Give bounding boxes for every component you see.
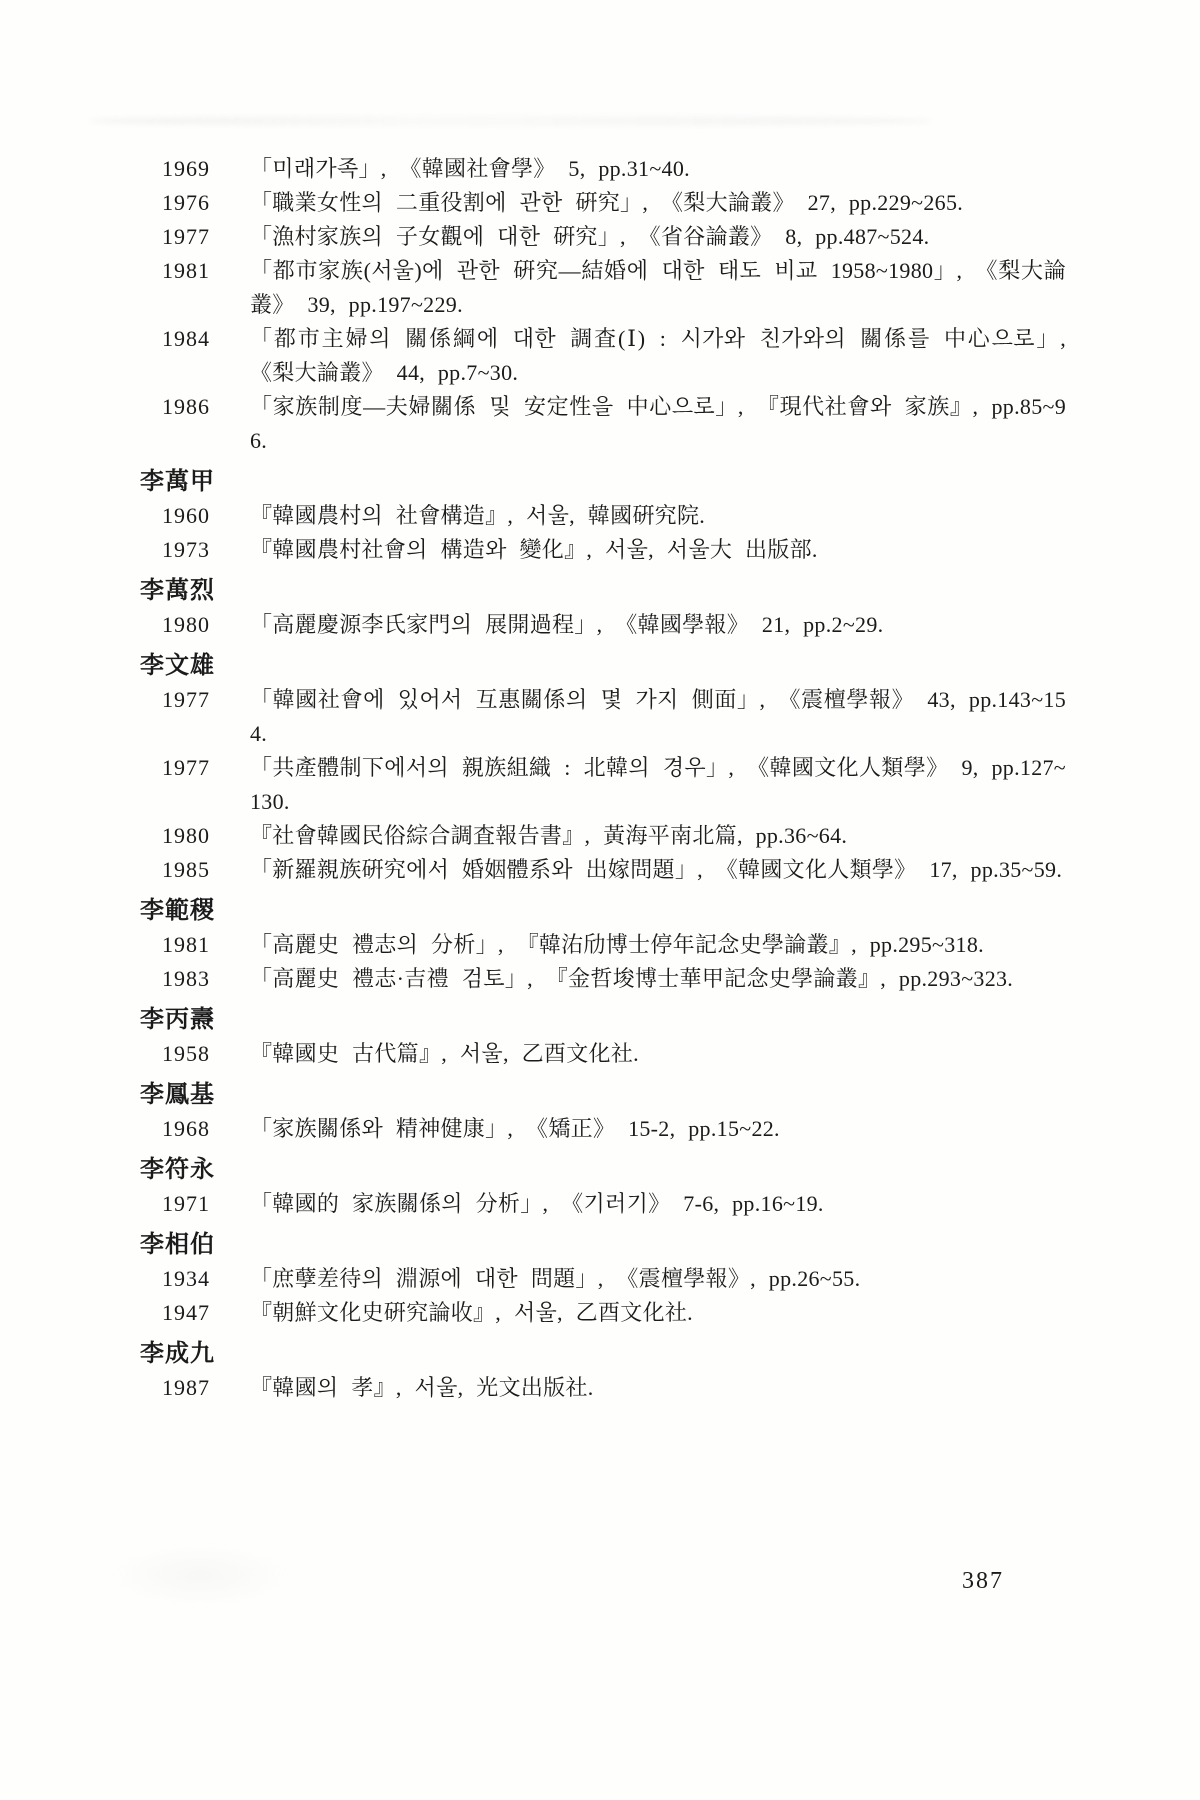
entry-year: 1977 (162, 751, 250, 819)
entry-year: 1947 (162, 1296, 250, 1330)
bibliography-entry: 1981 「都市家族(서울)에 관한 硏究—結婚에 대한 태도 비교 1958~… (162, 254, 1200, 322)
entry-citation-text: 『韓國農村의 社會構造』, 서울, 韓國硏究院. (250, 499, 1066, 533)
entry-citation-text: 『韓國農村社會의 構造와 變化』, 서울, 서울大 出版部. (250, 533, 1066, 567)
bibliography-author-heading: 李文雄 (140, 642, 1200, 683)
entry-year: 1934 (162, 1262, 250, 1296)
entry-year: 1981 (162, 928, 250, 962)
bibliography-entry: 1969 「미래가족」, 《韓國社會學》 5, pp.31~40. (162, 152, 1200, 186)
entry-citation-text: 「高麗慶源李氏家門의 展開過程」, 《韓國學報》 21, pp.2~29. (250, 608, 1066, 642)
bibliography-author-heading: 李鳳基 (140, 1071, 1200, 1112)
entry-citation-text: 『韓國史 古代篇』, 서울, 乙酉文化社. (250, 1037, 1066, 1071)
entry-year: 1980 (162, 608, 250, 642)
bibliography-list: 1969 「미래가족」, 《韓國社會學》 5, pp.31~40. 1976 「… (0, 152, 1200, 1405)
bibliography-entry: 1971 「韓國的 家族關係의 分析」, 《기러기》 7-6, pp.16~19… (162, 1187, 1200, 1221)
bibliography-entry: 1984 「都市主婦의 關係綱에 대한 調査(Ⅰ) : 시가와 친가와의 關係를… (162, 322, 1200, 390)
bibliography-author-heading: 李萬甲 (140, 458, 1200, 499)
entry-citation-text: 「庶孽差待의 淵源에 대한 問題」, 《震檀學報》, pp.26~55. (250, 1262, 1066, 1296)
bibliography-entry: 1985 「新羅親族硏究에서 婚姻體系와 出嫁問題」, 《韓國文化人類學》 17… (162, 853, 1200, 887)
entry-year: 1985 (162, 853, 250, 887)
entry-citation-text: 「共產體制下에서의 親族組織 : 北韓의 경우」, 《韓國文化人類學》 9, p… (250, 751, 1066, 819)
bibliography-author-heading: 李範稷 (140, 887, 1200, 928)
entry-year: 1971 (162, 1187, 250, 1221)
page-number: 387 (962, 1568, 1004, 1595)
entry-citation-text: 「韓國的 家族關係의 分析」, 《기러기》 7-6, pp.16~19. (250, 1187, 1066, 1221)
bibliography-entry: 1977 「漁村家族의 子女觀에 대한 硏究」, 《省谷論叢》 8, pp.48… (162, 220, 1200, 254)
bibliography-entry: 1976 「職業女性의 二重役割에 관한 硏究」, 《梨大論叢》 27, pp.… (162, 186, 1200, 220)
bibliography-entry: 1960 『韓國農村의 社會構造』, 서울, 韓國硏究院. (162, 499, 1200, 533)
entry-citation-text: 「都市家族(서울)에 관한 硏究—結婚에 대한 태도 비교 1958~1980」… (250, 254, 1066, 322)
bibliography-entry: 1934 「庶孽差待의 淵源에 대한 問題」, 《震檀學報》, pp.26~55… (162, 1262, 1200, 1296)
entry-citation-text: 「職業女性의 二重役割에 관한 硏究」, 《梨大論叢》 27, pp.229~2… (250, 186, 1066, 220)
entry-year: 1987 (162, 1371, 250, 1405)
entry-year: 1969 (162, 152, 250, 186)
entry-citation-text: 『朝鮮文化史硏究論收』, 서울, 乙酉文化社. (250, 1296, 1066, 1330)
entry-year: 1986 (162, 390, 250, 458)
bibliography-entry: 1981 「高麗史 禮志의 分析」, 『韓㳓劤博士停年記念史學論叢』, pp.2… (162, 928, 1200, 962)
entry-year: 1976 (162, 186, 250, 220)
bibliography-entry: 1958 『韓國史 古代篇』, 서울, 乙酉文化社. (162, 1037, 1200, 1071)
bibliography-author-heading: 李萬烈 (140, 567, 1200, 608)
bibliography-entry: 1980 「高麗慶源李氏家門의 展開過程」, 《韓國學報》 21, pp.2~2… (162, 608, 1200, 642)
scan-artifact-bottom-smudge (110, 1545, 290, 1605)
scanned-book-page: 1969 「미래가족」, 《韓國社會學》 5, pp.31~40. 1976 「… (0, 0, 1200, 1800)
bibliography-entry: 1986 「家族制度—夫婦關係 및 安定性을 中心으로」, 『現代社會와 家族』… (162, 390, 1200, 458)
entry-year: 1977 (162, 683, 250, 751)
bibliography-entry: 1977 「韓國社會에 있어서 互惠關係의 몇 가지 側面」, 《震檀學報》 4… (162, 683, 1200, 751)
entry-citation-text: 「家族制度—夫婦關係 및 安定性을 中心으로」, 『現代社會와 家族』, pp.… (250, 390, 1066, 458)
entry-citation-text: 「家族關係와 精神健康」, 《矯正》 15-2, pp.15~22. (250, 1112, 1066, 1146)
entry-year: 1984 (162, 322, 250, 390)
entry-citation-text: 「都市主婦의 關係綱에 대한 調査(Ⅰ) : 시가와 친가와의 關係를 中心으로… (250, 322, 1066, 390)
entry-citation-text: 「漁村家族의 子女觀에 대한 硏究」, 《省谷論叢》 8, pp.487~524… (250, 220, 1066, 254)
bibliography-entry: 1968 「家族關係와 精神健康」, 《矯正》 15-2, pp.15~22. (162, 1112, 1200, 1146)
entry-citation-text: 『社會韓國民俗綜合調査報告書』, 黃海平南北篇, pp.36~64. (250, 819, 1066, 853)
bibliography-entry: 1987 『韓國의 孝』, 서울, 光文出版社. (162, 1371, 1200, 1405)
entry-year: 1973 (162, 533, 250, 567)
scan-artifact-top-edge (88, 116, 933, 126)
entry-year: 1958 (162, 1037, 250, 1071)
bibliography-author-heading: 李丙燾 (140, 996, 1200, 1037)
entry-citation-text: 「韓國社會에 있어서 互惠關係의 몇 가지 側面」, 《震檀學報》 43, pp… (250, 683, 1066, 751)
bibliography-author-heading: 李符永 (140, 1146, 1200, 1187)
bibliography-entry: 1947 『朝鮮文化史硏究論收』, 서울, 乙酉文化社. (162, 1296, 1200, 1330)
entry-year: 1981 (162, 254, 250, 322)
entry-year: 1980 (162, 819, 250, 853)
bibliography-entry: 1973 『韓國農村社會의 構造와 變化』, 서울, 서울大 出版部. (162, 533, 1200, 567)
entry-citation-text: 『韓國의 孝』, 서울, 光文出版社. (250, 1371, 1066, 1405)
entry-year: 1968 (162, 1112, 250, 1146)
bibliography-author-heading: 李相伯 (140, 1221, 1200, 1262)
bibliography-entry: 1977 「共產體制下에서의 親族組織 : 北韓의 경우」, 《韓國文化人類學》… (162, 751, 1200, 819)
bibliography-author-heading: 李成九 (140, 1330, 1200, 1371)
bibliography-entry: 1980 『社會韓國民俗綜合調査報告書』, 黃海平南北篇, pp.36~64. (162, 819, 1200, 853)
entry-citation-text: 「新羅親族硏究에서 婚姻體系와 出嫁問題」, 《韓國文化人類學》 17, pp.… (250, 853, 1066, 887)
entry-year: 1960 (162, 499, 250, 533)
entry-citation-text: 「高麗史 禮志·吉禮 검토」, 『金哲埈博士華甲記念史學論叢』, pp.293~… (250, 962, 1066, 996)
entry-citation-text: 「미래가족」, 《韓國社會學》 5, pp.31~40. (250, 152, 1066, 186)
entry-year: 1977 (162, 220, 250, 254)
entry-citation-text: 「高麗史 禮志의 分析」, 『韓㳓劤博士停年記念史學論叢』, pp.295~31… (250, 928, 1066, 962)
bibliography-entry: 1983 「高麗史 禮志·吉禮 검토」, 『金哲埈博士華甲記念史學論叢』, pp… (162, 962, 1200, 996)
entry-year: 1983 (162, 962, 250, 996)
